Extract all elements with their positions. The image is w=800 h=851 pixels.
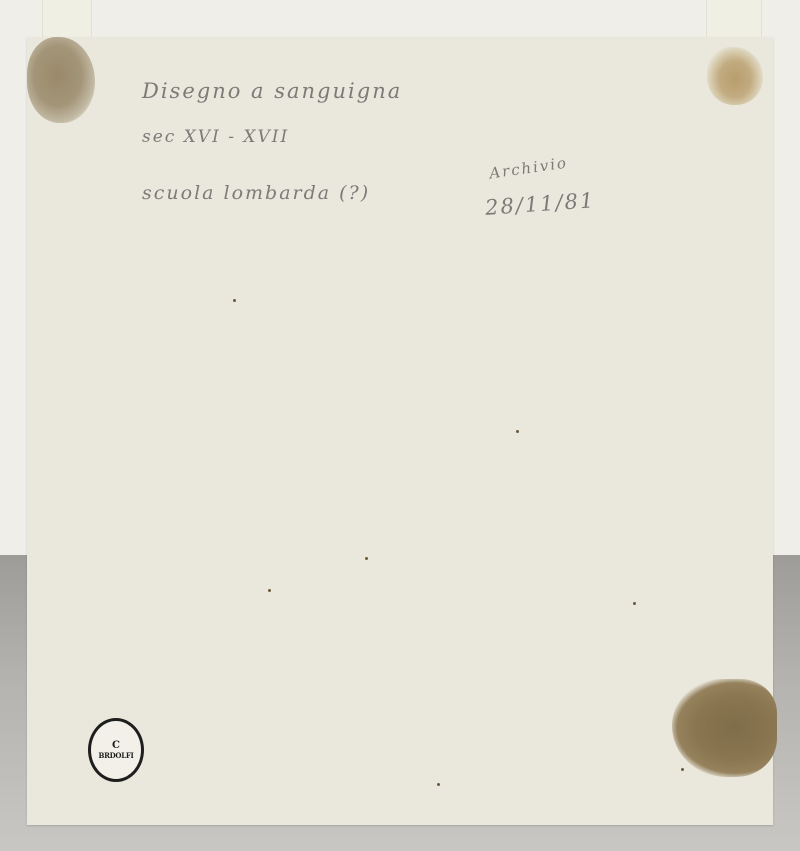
note-line-2: sec XVI - XVII	[142, 127, 289, 147]
foxing-spot	[233, 299, 236, 302]
archive-label: Archivio	[488, 154, 569, 183]
stamp-letter: C	[112, 740, 120, 751]
archive-date: 28/11/81	[484, 188, 596, 220]
stain-bottom-right	[672, 679, 777, 777]
foxing-spot	[365, 557, 368, 560]
foxing-spot	[516, 430, 519, 433]
paper-sheet: Disegno a sanguigna sec XVI - XVII scuol…	[27, 37, 773, 825]
foxing-spot	[437, 783, 440, 786]
foxing-spot	[633, 602, 636, 605]
stamp-name: BRDOLFI	[99, 751, 134, 760]
note-line-3: scuola lombarda (?)	[142, 182, 370, 204]
foxing-spot	[268, 589, 271, 592]
stain-top-right	[707, 47, 763, 105]
note-line-1: Disegno a sanguigna	[142, 79, 402, 103]
foxing-spot	[681, 768, 684, 771]
collector-stamp: C BRDOLFI	[88, 718, 144, 782]
stain-top-left	[27, 37, 95, 123]
